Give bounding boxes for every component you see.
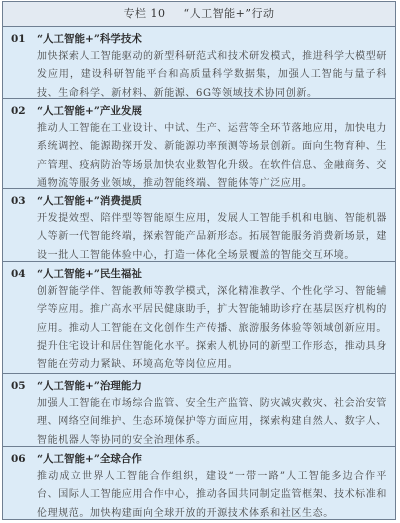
section-body: 加强人工智能在市场综合监管、安全生产监管、防灾减灾救灾、社会治安管理、网络空间维… [11,395,387,450]
section-number: 01 [11,30,37,48]
section-heading: “人工智能+”民生福祉 [37,268,142,280]
section-heading: “人工智能+”全球合作 [37,453,142,465]
section-number: 05 [11,377,37,395]
section-row-01: 01“人工智能+”科学技术 加快探索人工智能驱动的新型科研范式和技术研发模式，推… [3,27,395,99]
section-number: 03 [11,192,37,210]
section-number: 06 [11,450,37,468]
header-number: 10 [151,7,166,20]
section-row-03: 03“人工智能+”消费提质 开发提效型、陪伴型等智能原生应用，发展人工智能手机和… [3,189,395,262]
section-row-04: 04“人工智能+”民生福祉 创新智能学伴、智能教师等教学模式，深化精准教学、个性… [3,262,395,374]
section-title: 05“人工智能+”治理能力 [11,377,387,395]
section-number: 02 [11,102,37,120]
section-row-06: 06“人工智能+”全球合作 推动成立世界人工智能合作组织，建设“一带一路”人工智… [3,447,395,520]
section-body: 创新智能学伴、智能教师等教学模式，深化精准教学、个性化学习、智能辅学等应用。推广… [11,283,387,374]
section-row-05: 05“人工智能+”治理能力 加强人工智能在市场综合监管、安全生产监管、防灾减灾救… [3,374,395,447]
section-title: 01“人工智能+”科学技术 [11,30,387,48]
header-prefix: 专栏 [124,7,147,20]
section-title: 04“人工智能+”民生福祉 [11,265,387,283]
section-body: 开发提效型、陪伴型等智能原生应用，发展人工智能手机和电脑、智能机器人等新一代智能… [11,210,387,265]
feature-box: 专栏10“人工智能+”行动 01“人工智能+”科学技术 加快探索人工智能驱动的新… [2,1,396,520]
section-body: 加快探索人工智能驱动的新型科研范式和技术研发模式，推进科学大模型研发应用，建设科… [11,48,387,103]
section-title: 06“人工智能+”全球合作 [11,450,387,468]
section-title: 03“人工智能+”消费提质 [11,192,387,210]
section-row-02: 02“人工智能+”产业发展 推动人工智能在工业设计、中试、生产、运营等全环节落地… [3,99,395,189]
box-header: 专栏10“人工智能+”行动 [3,2,395,27]
section-heading: “人工智能+”治理能力 [37,380,142,392]
header-title: “人工智能+”行动 [184,7,275,20]
section-heading: “人工智能+”科学技术 [37,33,142,45]
section-heading: “人工智能+”产业发展 [37,105,142,117]
section-body: 推动成立世界人工智能合作组织，建设“一带一路”人工智能多边合作平台、国际人工智能… [11,468,387,523]
section-body: 推动人工智能在工业设计、中试、生产、运营等全环节落地应用，加快电力系统调控、能源… [11,120,387,193]
section-number: 04 [11,265,37,283]
section-title: 02“人工智能+”产业发展 [11,102,387,120]
section-heading: “人工智能+”消费提质 [37,195,142,207]
